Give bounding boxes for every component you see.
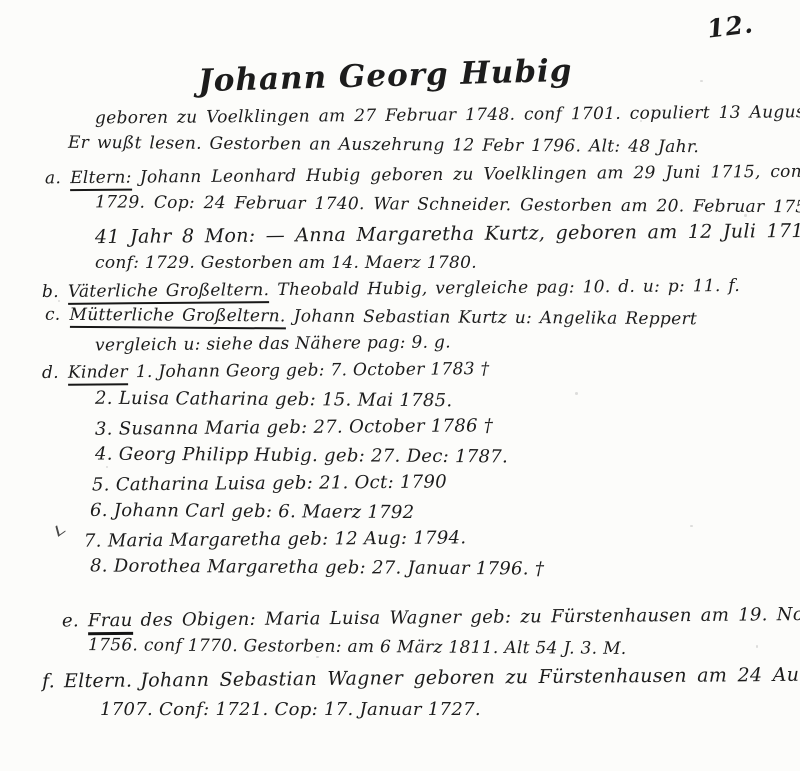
child-line: 2. Luisa Catharina geb: 15. Mai 1785. — [95, 389, 453, 411]
entry-label: a. — [45, 169, 61, 188]
child-line: 7. Maria Margaretha geb: 12 Aug: 1794. — [84, 528, 467, 551]
entry-text: 41 Jahr 8 Mon: — Anna Margaretha Kurtz, … — [95, 220, 800, 248]
scanned-document-page: 12. Johann Georg Hubig geboren zu Voelkl… — [0, 0, 800, 771]
entry-heading: Eltern. — [64, 670, 132, 693]
entry-a-line-1: a.Eltern:Johann Leonhard Hubig geboren z… — [45, 163, 800, 188]
entry-label: b. — [42, 283, 59, 302]
child-line: 6. Johann Carl geb: 6. Maerz 1792 — [90, 501, 415, 523]
child-entry: 8. Dorothea Margaretha geb: 27. Januar 1… — [90, 555, 544, 579]
entry-a-line-3: 41 Jahr 8 Mon: — Anna Margaretha Kurtz, … — [95, 221, 800, 248]
entry-d-line-1: d.Kinder1. Johann Georg geb: 7. October … — [42, 360, 490, 383]
entry-label: e. — [62, 611, 79, 631]
child-entry: 7. Maria Margaretha geb: 12 Aug: 1794. — [84, 527, 467, 551]
entry-label: f. — [42, 671, 55, 692]
paper-speck — [58, 300, 60, 302]
page-number: 12. — [705, 9, 755, 43]
child-entry: 5. Catharina Luisa geb: 21. Oct: 1790 — [92, 471, 447, 495]
entry-text: 1756. conf 1770. Gestorben: am 6 März 18… — [88, 635, 627, 659]
entry-text: Theobald Hubig, vergleiche pag: 10. d. u… — [277, 276, 740, 300]
entry-f-line-1: f.Eltern.Johann Sebastian Wagner geboren… — [42, 665, 800, 693]
entry-e-line-2: 1756. conf 1770. Gestorben: am 6 März 18… — [88, 636, 627, 658]
child-line: 3. Susanna Maria geb: 27. October 1786 † — [95, 416, 493, 439]
entry-label: d. — [42, 364, 59, 383]
child-entry: 2. Luisa Catharina geb: 15. Mai 1785. — [95, 388, 453, 411]
entry-text: conf: 1729. Gestorben am 14. Maerz 1780. — [95, 253, 477, 273]
paper-speck — [106, 466, 108, 468]
child-entry: 3. Susanna Maria geb: 27. October 1786 † — [95, 415, 493, 439]
child-entry: 4. Georg Philipp Hubig. geb: 27. Dec: 17… — [95, 444, 508, 468]
entry-text: vergleich u: siehe das Nähere pag: 9. g. — [95, 332, 451, 355]
intro-line-2: Er wußt lesen. Gestorben an Auszehrung 1… — [68, 134, 699, 157]
entry-b-line-1: b.Väterliche Großeltern.Theobald Hubig, … — [42, 277, 740, 302]
ink-stray-mark — [55, 521, 65, 536]
paper-speck — [575, 392, 578, 395]
paper-speck — [700, 80, 703, 82]
child-line: 5. Catharina Luisa geb: 21. Oct: 1790 — [92, 472, 447, 495]
intro-line-1: geboren zu Voelklingen am 27 Februar 174… — [95, 103, 800, 128]
intro-text: geboren zu Voelklingen am 27 Februar 174… — [95, 102, 800, 129]
intro-text: Er wußt lesen. Gestorben an Auszehrung 1… — [68, 133, 699, 157]
entry-text: Johann Sebastian Wagner geboren zu Fürst… — [140, 664, 800, 692]
paper-speck — [756, 645, 758, 648]
page-title: Johann Georg Hubig — [198, 53, 573, 99]
entry-text: 1729. Cop: 24 Februar 1740. War Schneide… — [95, 192, 800, 217]
child-entry: 1. Johann Georg geb: 7. October 1783 † — [136, 359, 490, 382]
entry-label: c. — [45, 306, 61, 325]
child-entry: 6. Johann Carl geb: 6. Maerz 1792 — [90, 500, 415, 523]
entry-text: 1707. Conf: 1721. Cop: 17. Januar 1727. — [100, 699, 481, 720]
entry-c-line-1: c.Mütterliche Großeltern.Johann Sebastia… — [45, 306, 697, 329]
entry-f-line-2: 1707. Conf: 1721. Cop: 17. Januar 1727. — [100, 700, 481, 720]
entry-c-line-2: vergleich u: siehe das Nähere pag: 9. g. — [95, 333, 451, 355]
entry-heading: Väterliche Großeltern. — [68, 280, 270, 305]
entry-a-line-2: 1729. Cop: 24 Februar 1740. War Schneide… — [95, 193, 800, 217]
entry-heading: Frau — [88, 610, 133, 635]
entry-text: des Obigen: Maria Luisa Wagner geb: zu F… — [141, 604, 800, 631]
child-line: 8. Dorothea Margaretha geb: 27. Januar 1… — [90, 556, 544, 579]
entry-heading: Kinder — [68, 362, 128, 386]
paper-speck — [690, 525, 693, 527]
paper-speck — [316, 656, 319, 658]
paper-speck — [744, 214, 747, 217]
entry-a-line-4: conf: 1729. Gestorben am 14. Maerz 1780. — [95, 254, 477, 273]
entry-heading: Mütterliche Großeltern. — [69, 305, 285, 330]
paper-speck — [640, 120, 642, 122]
entry-heading: Eltern: — [70, 168, 132, 192]
entry-e-line-1: e.Fraudes Obigen: Maria Luisa Wagner geb… — [62, 605, 800, 632]
entry-text: Johann Leonhard Hubig geboren zu Voelkli… — [140, 162, 800, 188]
child-line: 4. Georg Philipp Hubig. geb: 27. Dec: 17… — [95, 445, 508, 468]
entry-text: Johann Sebastian Kurtz u: Angelika Reppe… — [294, 306, 698, 329]
